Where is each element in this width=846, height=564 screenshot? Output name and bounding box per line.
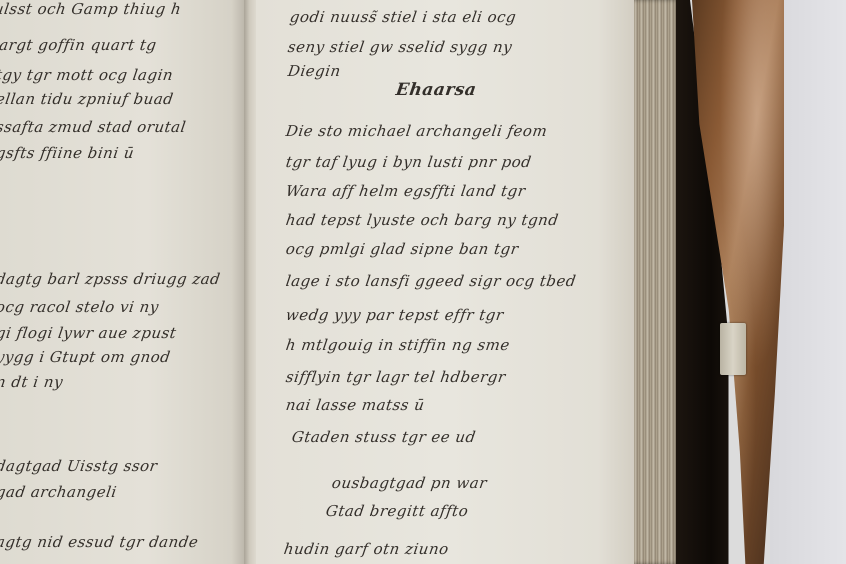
left-line: ocg racol stelo vi ny [0, 298, 160, 316]
manuscript-photo: ulsst och Gamp thiug h largt goffin quar… [0, 0, 846, 564]
right-line: wedg yyy par tepst effr tgr [285, 306, 505, 324]
right-line: lage i sto lansfi ggeed sigr ocg tbed [285, 272, 578, 290]
left-line: gad archangeli [0, 483, 118, 501]
right-line: had tepst lyuste och barg ny tgnd [285, 211, 560, 229]
right-line: Wara aff helm egsffti land tgr [285, 182, 527, 200]
right-line: godi nuuss̃ stiel i sta eli ocg [289, 8, 518, 26]
right-line: h mtlgouig in stiffin ng sme [285, 336, 511, 354]
right-line: hudin garf otn ziuno [283, 540, 450, 558]
section-heading: Ehaarsa [395, 80, 478, 100]
left-line: largt goffin quart tg [0, 36, 158, 54]
right-line: nai lasse matss ū [285, 396, 426, 414]
left-line: agtg nid essud tgr dande [0, 533, 200, 551]
left-line: gsfts ffiine bini ū [0, 144, 135, 162]
left-line: ssafta zmud stad orutal [0, 118, 187, 136]
left-line: n dt i ny [0, 373, 64, 391]
right-line: ocg pmlgi glad sipne ban tgr [285, 240, 520, 258]
left-page: ulsst och Gamp thiug h largt goffin quar… [0, 0, 246, 564]
left-line: yygg i Gtupt om gnod [0, 348, 172, 366]
right-page: godi nuuss̃ stiel i sta eli ocg seny sti… [256, 0, 636, 564]
right-line: tgr taf lyug i byn lusti pnr pod [285, 153, 533, 171]
right-line: Gtad bregitt affto [325, 502, 470, 520]
paper-tab [720, 323, 746, 375]
right-line: ousbagtgad pn war [331, 474, 488, 492]
right-line: Diegin [287, 62, 342, 80]
left-line: dagtgad Uisstg ssor [0, 457, 159, 475]
left-line: ellan tidu zpniuf buad [0, 90, 175, 108]
right-line: Die sto michael archangeli feom [285, 122, 549, 140]
right-line: seny stiel gw sselid sygg ny [287, 38, 514, 56]
left-line: tgy tgr mott ocg lagin [0, 66, 174, 84]
page-edges [634, 0, 680, 564]
left-line: ulsst och Gamp thiug h [0, 0, 182, 18]
right-line: sifflyin tgr lagr tel hdbergr [285, 368, 507, 386]
left-line: gi flogi lywr aue zpust [0, 324, 178, 342]
right-line: Gtaden stuss tgr ee ud [291, 428, 477, 446]
left-line: dagtg barl zpsss driugg zad [0, 270, 222, 288]
